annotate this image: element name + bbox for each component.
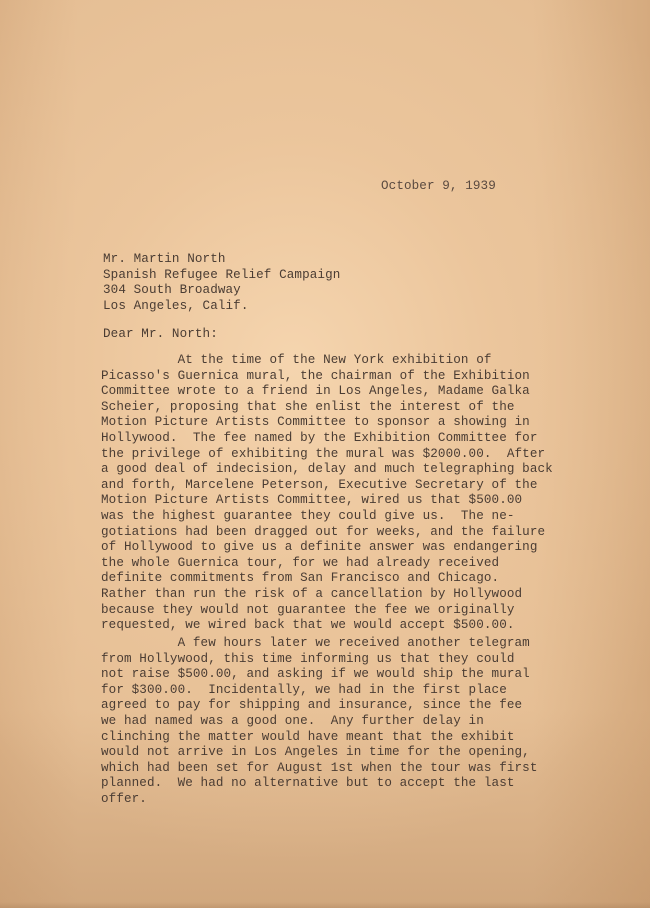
body-line: because they would not guarantee the fee… xyxy=(101,603,553,619)
body-line: not raise $500.00, and asking if we woul… xyxy=(101,667,537,683)
letter-date: October 9, 1939 xyxy=(381,179,496,195)
body-line: requested, we wired back that we would a… xyxy=(101,618,553,634)
body-line: for $300.00. Incidentally, we had in the… xyxy=(101,683,537,699)
body-line: Rather than run the risk of a cancellati… xyxy=(101,587,553,603)
body-line: Committee wrote to a friend in Los Angel… xyxy=(101,384,553,400)
recipient-street: 304 South Broadway xyxy=(103,283,340,299)
recipient-name: Mr. Martin North xyxy=(103,252,340,268)
page-edge-shadow xyxy=(0,902,650,908)
body-line: Hollywood. The fee named by the Exhibiti… xyxy=(101,431,553,447)
recipient-address: Mr. Martin North Spanish Refugee Relief … xyxy=(103,252,340,314)
body-line: planned. We had no alternative but to ac… xyxy=(101,776,537,792)
body-line: agreed to pay for shipping and insurance… xyxy=(101,698,537,714)
body-line: the privilege of exhibiting the mural wa… xyxy=(101,447,553,463)
body-line: and forth, Marcelene Peterson, Executive… xyxy=(101,478,553,494)
body-line: of Hollywood to give us a definite answe… xyxy=(101,540,553,556)
paragraph-2: A few hours later we received another te… xyxy=(101,636,537,808)
body-line: Motion Picture Artists Committee, wired … xyxy=(101,493,553,509)
body-line: A few hours later we received another te… xyxy=(101,636,537,652)
body-line: from Hollywood, this time informing us t… xyxy=(101,652,537,668)
body-line: definite commitments from San Francisco … xyxy=(101,571,553,587)
body-line: a good deal of indecision, delay and muc… xyxy=(101,462,553,478)
body-line: At the time of the New York exhibition o… xyxy=(101,353,553,369)
body-line: gotiations had been dragged out for week… xyxy=(101,525,553,541)
body-line: clinching the matter would have meant th… xyxy=(101,730,537,746)
recipient-organization: Spanish Refugee Relief Campaign xyxy=(103,268,340,284)
body-line: would not arrive in Los Angeles in time … xyxy=(101,745,537,761)
salutation: Dear Mr. North: xyxy=(103,327,218,343)
paragraph-1: At the time of the New York exhibition o… xyxy=(101,353,553,634)
body-line: we had named was a good one. Any further… xyxy=(101,714,537,730)
body-line: the whole Guernica tour, for we had alre… xyxy=(101,556,553,572)
body-line: was the highest guarantee they could giv… xyxy=(101,509,553,525)
body-line: Scheier, proposing that she enlist the i… xyxy=(101,400,553,416)
body-line: Picasso's Guernica mural, the chairman o… xyxy=(101,369,553,385)
body-line: Motion Picture Artists Committee to spon… xyxy=(101,415,553,431)
body-line: which had been set for August 1st when t… xyxy=(101,761,537,777)
recipient-city: Los Angeles, Calif. xyxy=(103,299,340,315)
letter: October 9, 1939 Mr. Martin North Spanish… xyxy=(0,0,650,908)
body-line: offer. xyxy=(101,792,537,808)
